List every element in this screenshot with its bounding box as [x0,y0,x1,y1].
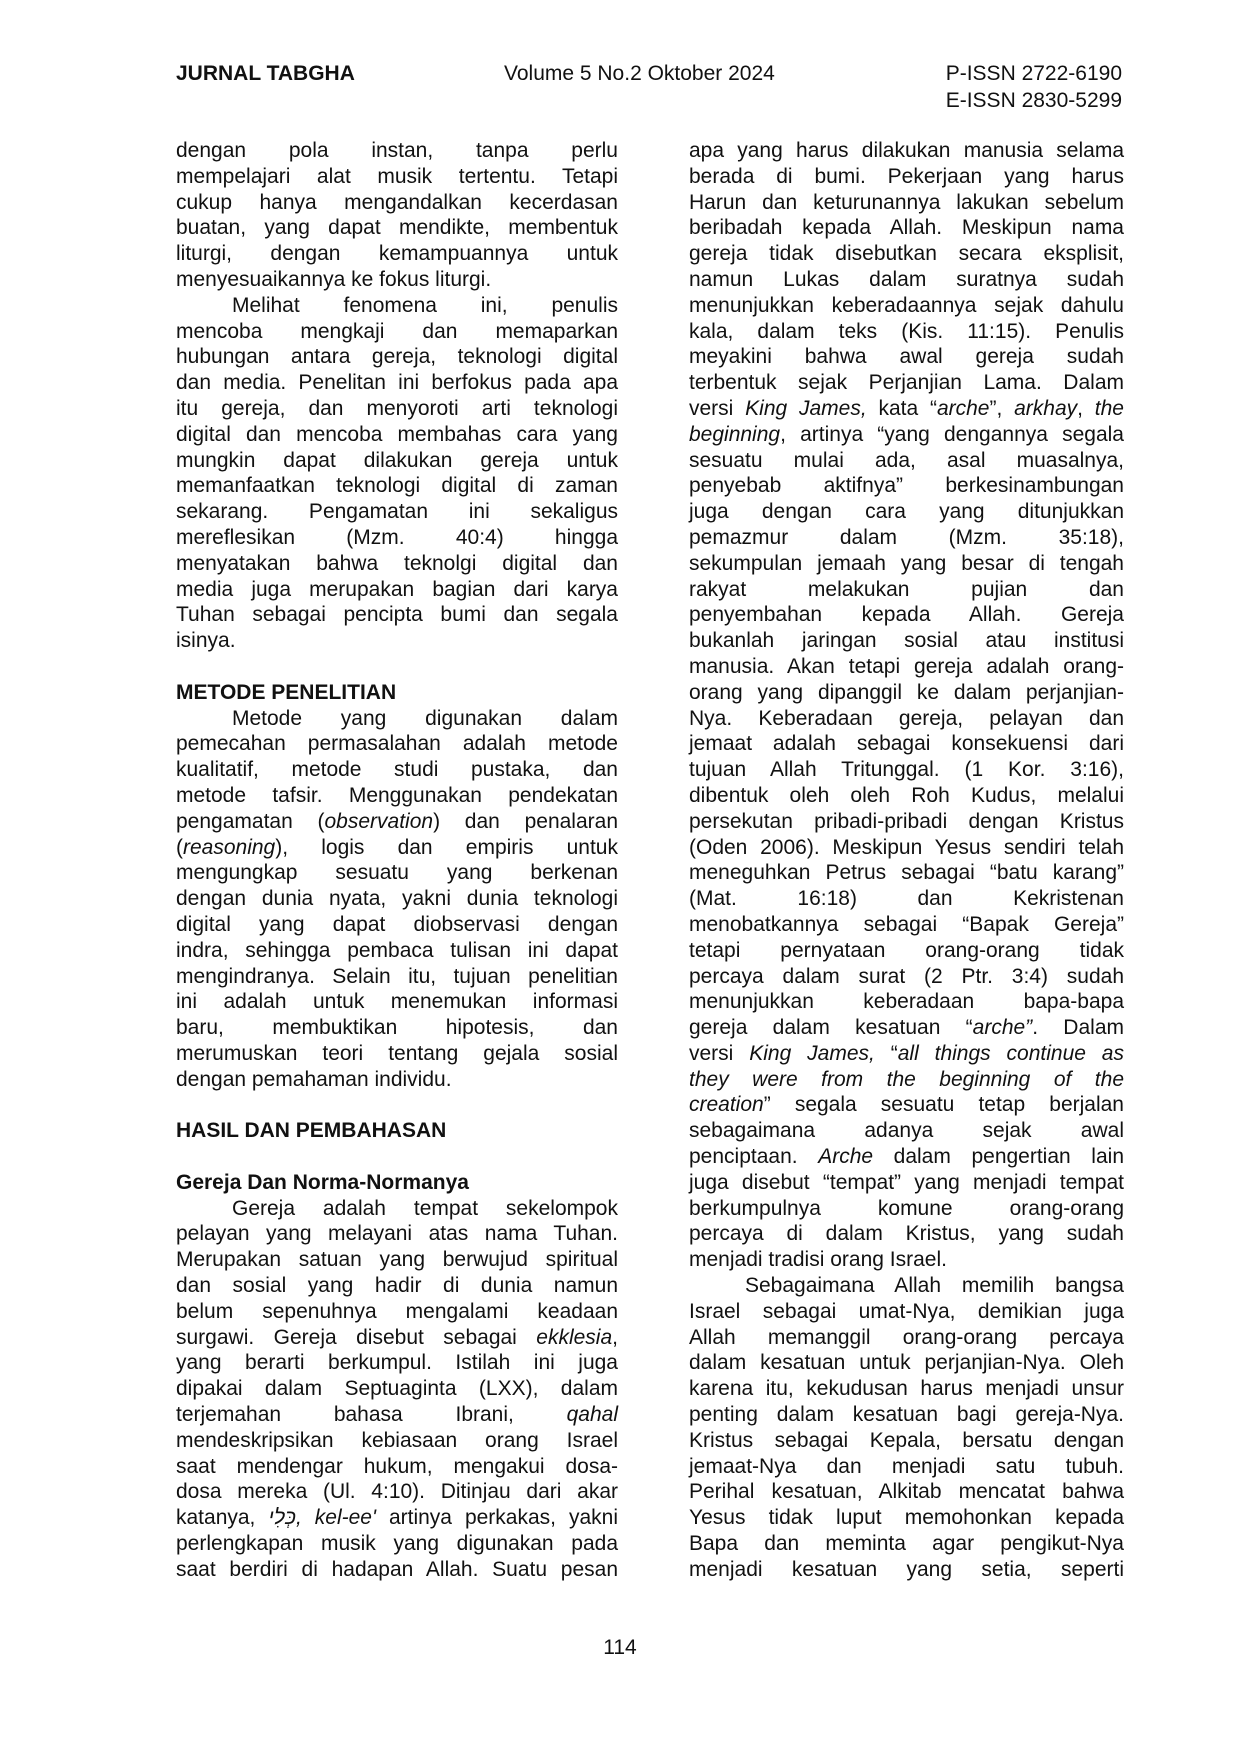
text-line: merumuskan teori tentang gejala sosial [176,1041,618,1067]
text-line: mendeskripsikan kebiasaan orang Israel [176,1428,618,1454]
right-column: apa yang harus dilakukan manusia selama … [689,138,1124,1583]
running-header: JURNAL TABGHA Volume 5 No.2 Oktober 2024… [176,56,1122,116]
text-line: Gereja adalah tempat sekelompok [176,1196,618,1222]
text-line: karena itu, kekudusan harus menjadi unsu… [689,1376,1124,1402]
text-line: berkumpulnya komune orang-orang [689,1196,1124,1222]
text-line: Yesus tidak luput memohonkan kepada [689,1505,1124,1531]
text-line: itu gereja, dan menyoroti arti teknologi [176,396,618,422]
text-line: beribadah kepada Allah. Meskipun nama [689,215,1124,241]
text-line: metode tafsir. Menggunakan pendekatan [176,783,618,809]
text-line: buatan, yang dapat mendikte, membentuk [176,215,618,241]
text-line: pengamatan (observation) dan penalaran [176,809,618,835]
subsection-heading-gereja: Gereja Dan Norma-Normanya [176,1170,618,1196]
text-line: dalam kesatuan untuk perjanjian-Nya. Ole… [689,1350,1124,1376]
text-line: terjemahan bahasa Ibrani, qahal [176,1402,618,1428]
metode-paragraph: Metode yang digunakan dalam pemecahan pe… [176,706,618,1093]
intro-paragraph-2: Melihat fenomena ini, penulis mencoba me… [176,293,618,654]
text-line: penciptaan. Arche dalam pengertian lain [689,1144,1124,1170]
text-line: dan sosial yang hadir di dunia namun [176,1273,618,1299]
text-line: mencoba mengkaji dan memaparkan [176,319,618,345]
text-line: namun Lukas dalam suratnya sudah [689,267,1124,293]
text-line: jemaat-Nya dan menjadi satu tubuh. [689,1454,1124,1480]
text-line: perlengkapan musik yang digunakan pada [176,1531,618,1557]
text-line: rakyat melakukan pujian dan [689,577,1124,603]
text-line: percaya dalam surat (2 Ptr. 3:4) sudah [689,964,1124,990]
e-issn: E-ISSN 2830-5299 [946,87,1122,114]
page-number: 114 [0,1636,1240,1660]
text-line: persekutan pribadi-pribadi dengan Kristu… [689,809,1124,835]
text-line: versi King James, “all things continue a… [689,1041,1124,1067]
text-line: indra, sehingga pembaca tulisan ini dapa… [176,938,618,964]
text-line: digital dan mencoba membahas cara yang [176,422,618,448]
text-line: menobatkannya sebagai “Bapak Gereja” [689,912,1124,938]
text-line: juga dengan cara yang ditunjukkan [689,499,1124,525]
text-line: mempelajari alat musik tertentu. Tetapi [176,164,618,190]
text-line: sekumpulan jemaah yang besar di tengah [689,551,1124,577]
text-line: mereflesikan (Mzm. 40:4) hingga [176,525,618,551]
text-line: creation” segala sesuatu tetap berjalan [689,1092,1124,1118]
issn-block: P-ISSN 2722-6190 E-ISSN 2830-5299 [946,60,1122,114]
text-line: penyembahan kepada Allah. Gereja [689,602,1124,628]
text-line: sebagaimana adanya sejak awal [689,1118,1124,1144]
text-line: they were from the beginning of the [689,1067,1124,1093]
text-line: menjadi tradisi orang Israel. [689,1247,1124,1273]
text-line: meneguhkan Petrus sebagai “batu karang” [689,860,1124,886]
text-line: menunjukkan keberadaan bapa-bapa [689,989,1124,1015]
text-line: dengan pemahaman individu. [176,1067,618,1093]
text-line: menyesuaikannya ke fokus liturgi. [176,267,618,293]
text-line: bukanlah jaringan sosial atau institusi [689,628,1124,654]
text-line: apa yang harus dilakukan manusia selama [689,138,1124,164]
text-line: isinya. [176,628,618,654]
text-line: Harun dan keturunannya lakukan sebelum [689,190,1124,216]
text-line: dan media. Penelitan ini berfokus pada a… [176,370,618,396]
text-line: Sebagaimana Allah memilih bangsa [689,1273,1124,1299]
text-line: digital yang dapat diobservasi dengan [176,912,618,938]
gereja-paragraph-continued: apa yang harus dilakukan manusia selama … [689,138,1124,1273]
text-line: pelayan yang melayani atas nama Tuhan. [176,1221,618,1247]
text-line: mungkin dapat dilakukan gereja untuk [176,448,618,474]
text-line: Nya. Keberadaan gereja, pelayan dan [689,706,1124,732]
text-line: tujuan Allah Tritunggal. (1 Kor. 3:16), [689,757,1124,783]
text-line: beginning, artinya “yang dengannya segal… [689,422,1124,448]
text-line: belum sepenuhnya mengalami keadaan [176,1299,618,1325]
text-line: dengan pola instan, tanpa perlu [176,138,618,164]
text-line: terbentuk sejak Perjanjian Lama. Dalam [689,370,1124,396]
text-line: cukup hanya mengandalkan kecerdasan [176,190,618,216]
text-line: menunjukkan keberadaannya sejak dahulu [689,293,1124,319]
kesatuan-paragraph: Sebagaimana Allah memilih bangsa Israel … [689,1273,1124,1583]
volume-issue: Volume 5 No.2 Oktober 2024 [504,60,775,87]
text-line: dengan dunia nyata, yakni dunia teknolog… [176,886,618,912]
text-line: (reasoning), logis dan empiris untuk [176,835,618,861]
text-line: pemazmur dalam (Mzm. 35:18), [689,525,1124,551]
section-heading-hasil: HASIL DAN PEMBAHASAN [176,1118,618,1144]
journal-name: JURNAL TABGHA [176,60,355,87]
text-line: pemecahan permasalahan adalah metode [176,731,618,757]
text-line: percaya di dalam Kristus, yang sudah [689,1221,1124,1247]
text-line: baru, membuktikan hipotesis, dan [176,1015,618,1041]
text-line: Allah memanggil orang-orang percaya [689,1325,1124,1351]
intro-paragraph-continued: dengan pola instan, tanpa perlu mempelaj… [176,138,618,293]
text-line: penting dalam kesatuan bagi gereja-Nya. [689,1402,1124,1428]
text-line: juga disebut “tempat” yang menjadi tempa… [689,1170,1124,1196]
text-line: kualitatif, metode studi pustaka, dan [176,757,618,783]
text-line: jemaat adalah sebagai konsekuensi dari [689,731,1124,757]
text-line: sekarang. Pengamatan ini sekaligus [176,499,618,525]
text-line: saat berdiri di hadapan Allah. Suatu pes… [176,1557,618,1583]
text-line: Merupakan satuan yang berwujud spiritual [176,1247,618,1273]
text-line: mengungkap sesuatu yang berkenan [176,860,618,886]
text-line: dibentuk oleh oleh Roh Kudus, melalui [689,783,1124,809]
text-line: meyakini bahwa awal gereja sudah [689,344,1124,370]
text-line: sesuatu mulai ada, asal muasalnya, [689,448,1124,474]
text-line: (Oden 2006). Meskipun Yesus sendiri tela… [689,835,1124,861]
text-line: versi King James, kata “arche”, arkhay, … [689,396,1124,422]
text-line: manusia. Akan tetapi gereja adalah orang… [689,654,1124,680]
text-line: penyebab aktifnya” berkesinambungan [689,473,1124,499]
text-line: hubungan antara gereja, teknologi digita… [176,344,618,370]
text-line: Melihat fenomena ini, penulis [176,293,618,319]
text-line: gereja dalam kesatuan “arche”. Dalam [689,1015,1124,1041]
text-line: dipakai dalam Septuaginta (LXX), dalam [176,1376,618,1402]
text-line: yang berarti berkumpul. Istilah ini juga [176,1350,618,1376]
text-line: liturgi, dengan kemampuannya untuk [176,241,618,267]
text-line: memanfaatkan teknologi digital di zaman [176,473,618,499]
text-line: Kristus sebagai Kepala, bersatu dengan [689,1428,1124,1454]
text-line: orang yang dipanggil ke dalam perjanjian… [689,680,1124,706]
section-heading-metode: METODE PENELITIAN [176,680,618,706]
text-line: mengindranya. Selain itu, tujuan penelit… [176,964,618,990]
text-line: surgawi. Gereja disebut sebagai ekklesia… [176,1325,618,1351]
text-line: dosa mereka (Ul. 4:10). Ditinjau dari ak… [176,1479,618,1505]
text-line: Israel sebagai umat-Nya, demikian juga [689,1299,1124,1325]
gereja-paragraph: Gereja adalah tempat sekelompok pelayan … [176,1196,618,1583]
text-line: ini adalah untuk menemukan informasi [176,989,618,1015]
text-line: Bapa dan meminta agar pengikut-Nya [689,1531,1124,1557]
text-line: kala, dalam teks (Kis. 11:15). Penulis [689,319,1124,345]
text-line: katanya, כְּלִי, kel-ee' artinya perkaka… [176,1505,618,1531]
text-line: berada di bumi. Pekerjaan yang harus [689,164,1124,190]
text-line: saat mendengar hukum, mengakui dosa- [176,1454,618,1480]
text-line: tetapi pernyataan orang-orang tidak [689,938,1124,964]
text-line: (Mat. 16:18) dan Kekristenan [689,886,1124,912]
text-line: Tuhan sebagai pencipta bumi dan segala [176,602,618,628]
left-column: dengan pola instan, tanpa perlu mempelaj… [176,138,618,1583]
text-line: menjadi kesatuan yang setia, seperti [689,1557,1124,1583]
text-line: Metode yang digunakan dalam [176,706,618,732]
text-line: menyatakan bahwa teknolgi digital dan [176,551,618,577]
p-issn: P-ISSN 2722-6190 [946,60,1122,87]
text-line: Perihal kesatuan, Alkitab mencatat bahwa [689,1479,1124,1505]
text-line: media juga merupakan bagian dari karya [176,577,618,603]
text-line: gereja tidak disebutkan secara eksplisit… [689,241,1124,267]
